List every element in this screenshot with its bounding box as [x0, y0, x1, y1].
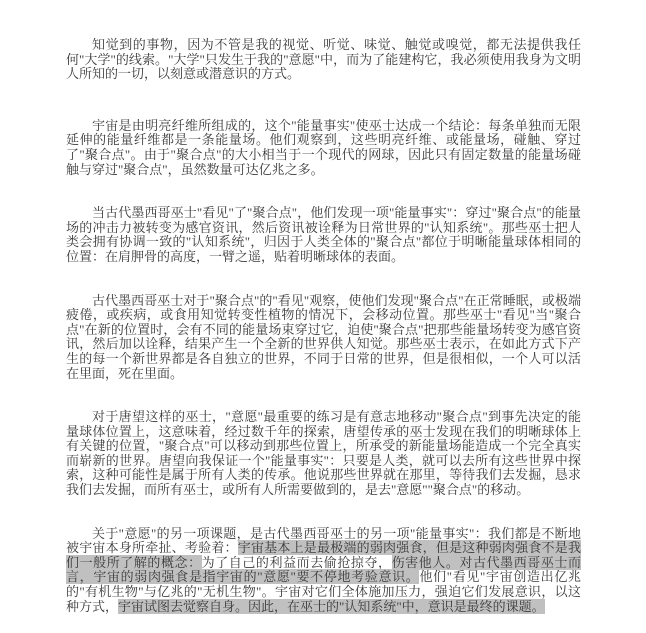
text-segment: 为了自己的利益而去偷抢掠夺， — [202, 555, 392, 570]
paragraph: 古代墨西哥巫士对于"聚合点"的"看见"观察，使他们发现"聚合点"在正常睡眠，或极… — [66, 294, 581, 382]
paragraph: 知觉到的事物，因为不管是我的视觉、听觉、味觉、触觉或嗅觉，都无法提供我任何"大学… — [66, 38, 581, 82]
paragraph: 关于"意愿"的另一项课题，是古代墨西哥巫士的另一项"能量事实"：我们都是不断地被… — [66, 527, 581, 615]
text-segment: 宇宙是由明亮纤维所组成的，这个"能量事实"使巫士达成一个结论：每条单独而无限延伸… — [66, 118, 581, 177]
text-segment: 古代墨西哥巫士对于"聚合点"的"看见"观察，使他们发现"聚合点"在正常睡眠，或极… — [66, 293, 581, 381]
paragraph: 宇宙是由明亮纤维所组成的，这个"能量事实"使巫士达成一个结论：每条单独而无限延伸… — [66, 119, 581, 177]
document-page: 知觉到的事物，因为不管是我的视觉、听觉、味觉、触觉或嗅觉，都无法提供我任何"大学… — [0, 0, 646, 633]
text-segment: 对于唐望这样的巫士，"意愿"最重要的练习是有意志地移动"聚合点"到事先决定的能量… — [66, 409, 581, 497]
paragraph: 对于唐望这样的巫士，"意愿"最重要的练习是有意志地移动"聚合点"到事先决定的能量… — [66, 410, 581, 498]
highlighted-text: 宇宙试图去觉察自身。因此，在巫士的"认知系统"中，意识是最终的课题。 — [118, 599, 545, 614]
paragraph: 当古代墨西哥巫士"看见"了"聚合点"，他们发现一项"能量事实"：穿过"聚合点"的… — [66, 206, 581, 264]
text-segment: 知觉到的事物，因为不管是我的视觉、听觉、味觉、触觉或嗅觉，都无法提供我任何"大学… — [66, 37, 581, 81]
text-segment: 当古代墨西哥巫士"看见"了"聚合点"，他们发现一项"能量事实"：穿过"聚合点"的… — [66, 205, 581, 264]
